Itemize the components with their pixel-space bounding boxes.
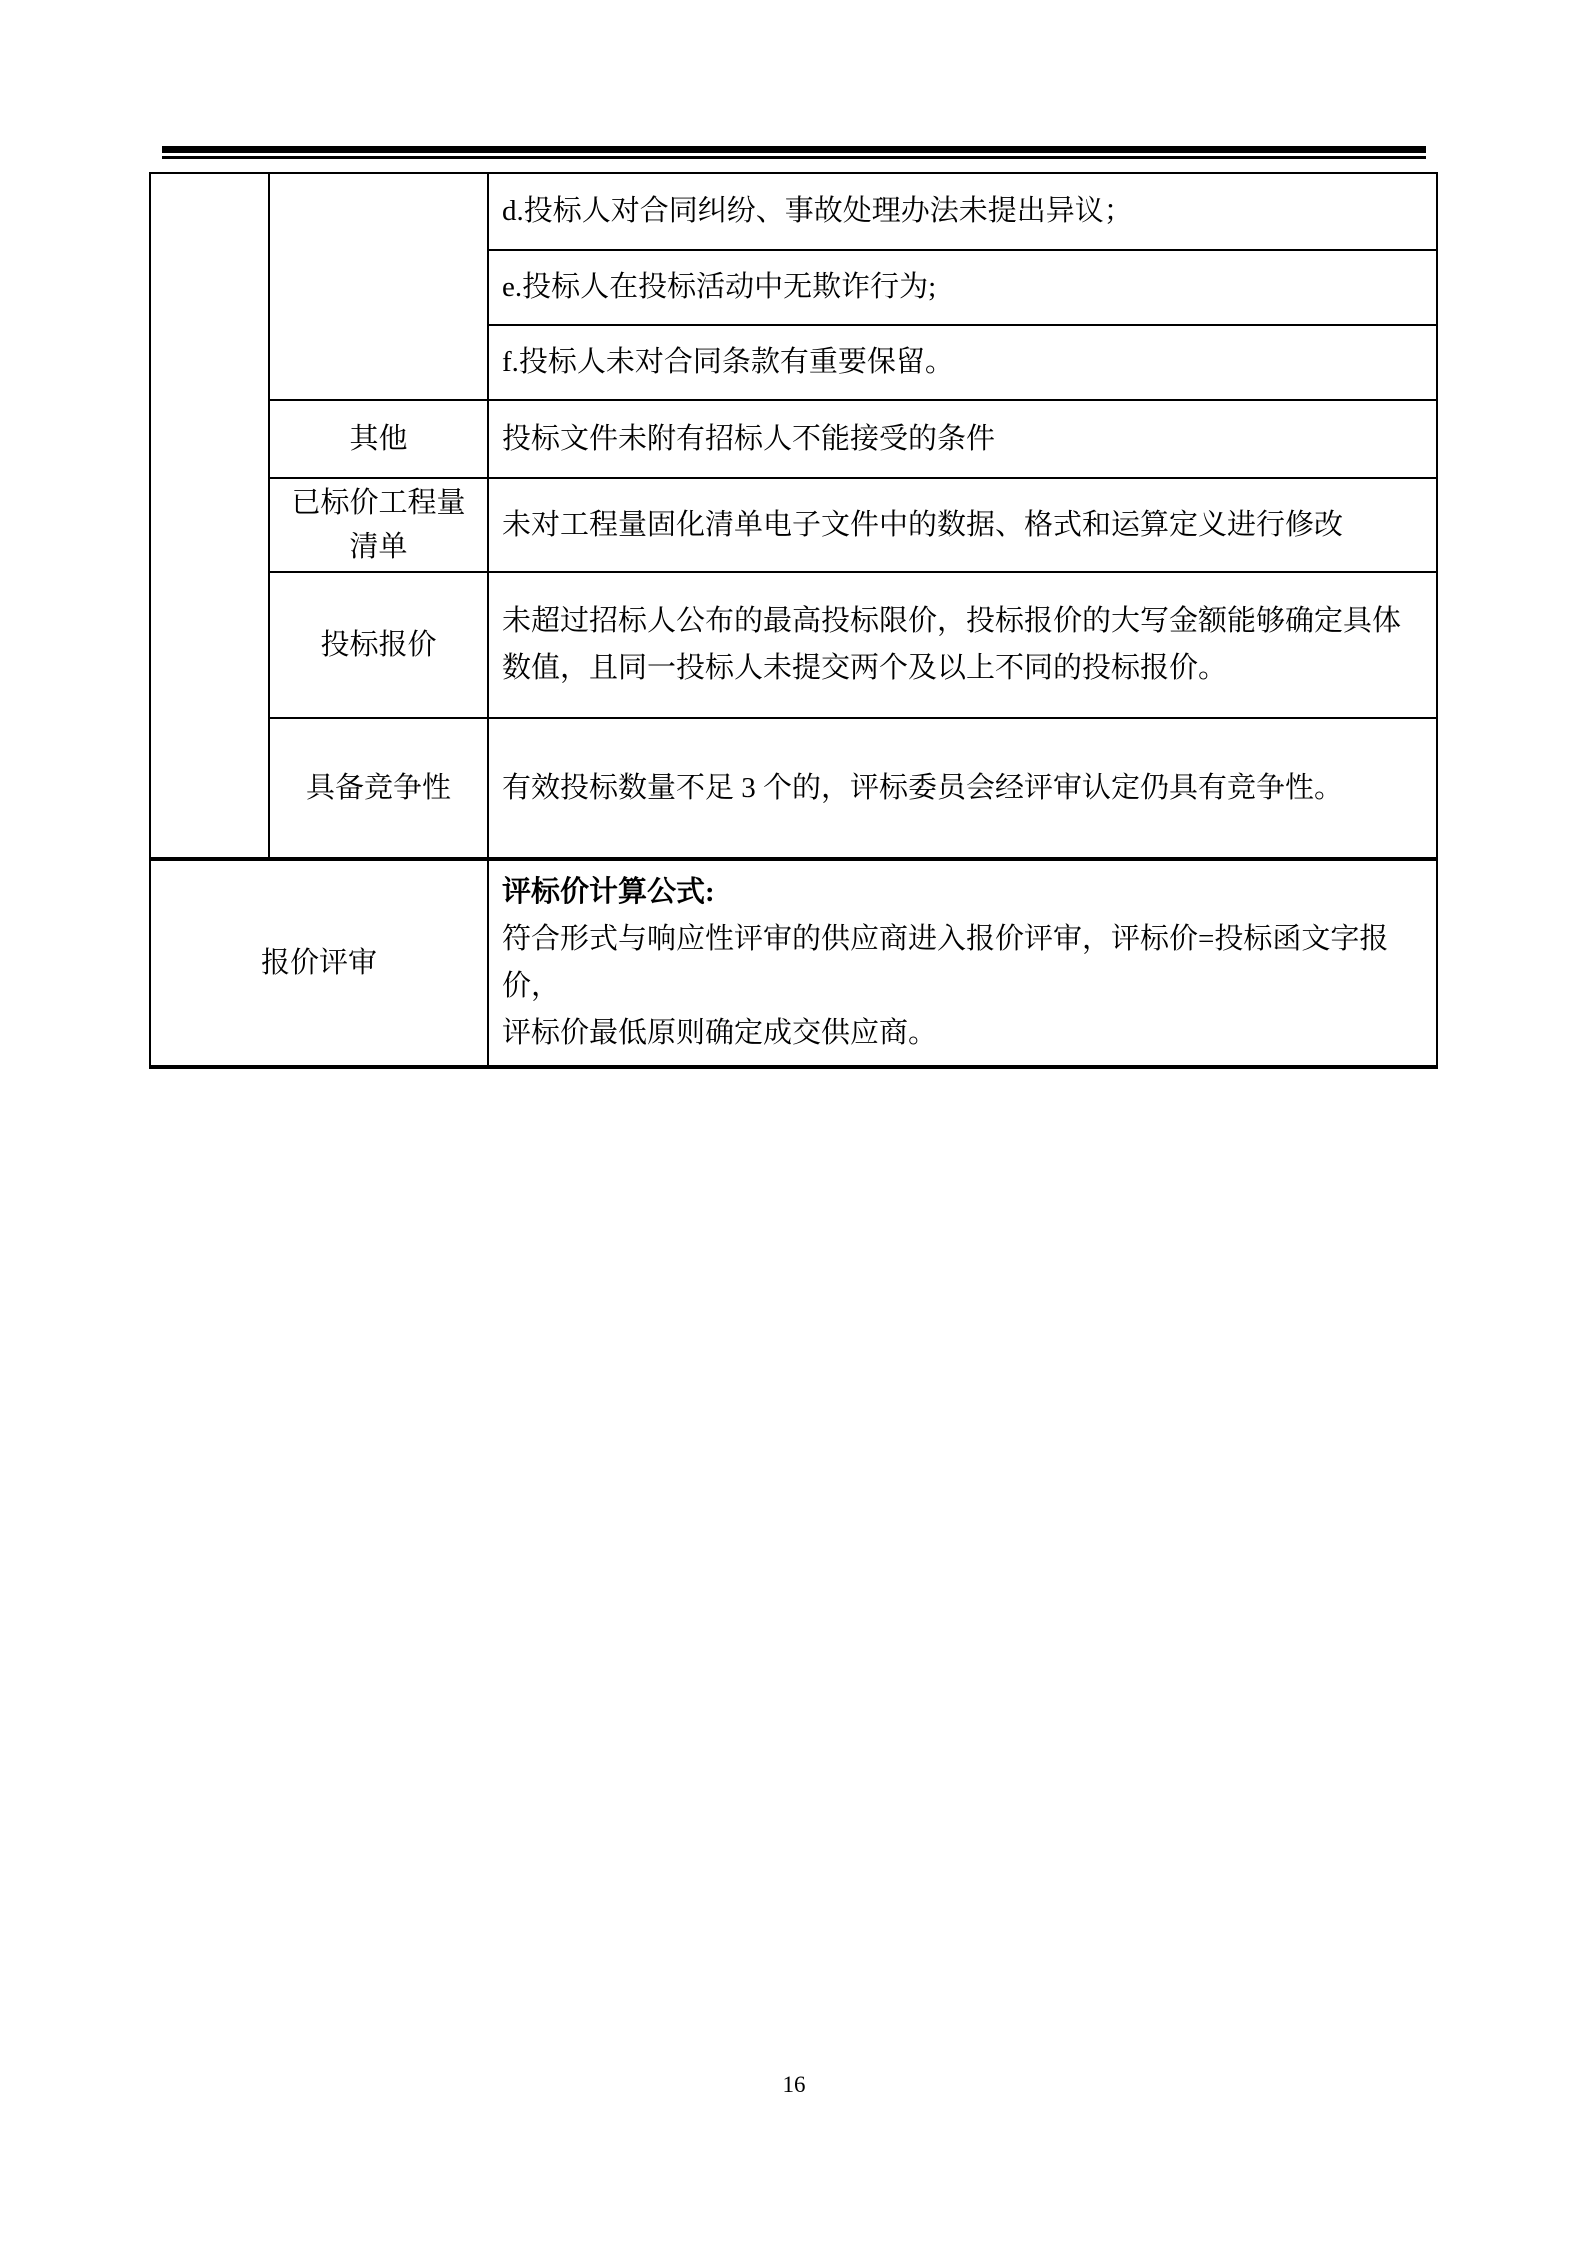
table-row: 具备竞争性 有效投标数量不足 3 个的，评标委员会经评审认定仍具有竞争性。: [150, 718, 1437, 859]
criteria-text: 有效投标数量不足 3 个的，评标委员会经评审认定仍具有竞争性。: [488, 718, 1437, 859]
header-double-line: [162, 146, 1426, 159]
price-review-content-cell: 评标价计算公式: 符合形式与响应性评审的供应商进入报价评审，评标价=投标函文字报…: [488, 859, 1437, 1067]
evaluation-table: d.投标人对合同纠纷、事故处理办法未提出异议； e.投标人在投标活动中无欺诈行为…: [149, 172, 1438, 1069]
criteria-label: 已标价工程量 清单: [269, 478, 488, 572]
criteria-label: 其他: [269, 400, 488, 478]
criteria-text: 未超过招标人公布的最高投标限价，投标报价的大写金额能够确定具体数值，且同一投标人…: [488, 572, 1437, 718]
table-row: d.投标人对合同纠纷、事故处理办法未提出异议；: [150, 173, 1437, 250]
criteria-text: 投标文件未附有招标人不能接受的条件: [488, 400, 1437, 478]
category-cell-empty: [150, 173, 269, 859]
label-cell-empty: [269, 173, 488, 400]
formula-title: 评标价计算公式:: [502, 869, 1420, 916]
table-row: 其他 投标文件未附有招标人不能接受的条件: [150, 400, 1437, 478]
criteria-text: 未对工程量固化清单电子文件中的数据、格式和运算定义进行修改: [488, 478, 1437, 572]
criteria-label: 具备竞争性: [269, 718, 488, 859]
criteria-text: e.投标人在投标活动中无欺诈行为;: [488, 250, 1437, 325]
price-review-label: 报价评审: [150, 859, 488, 1067]
table-row: 投标报价 未超过招标人公布的最高投标限价，投标报价的大写金额能够确定具体数值，且…: [150, 572, 1437, 718]
page-number: 16: [0, 2072, 1588, 2098]
table-row: 已标价工程量 清单 未对工程量固化清单电子文件中的数据、格式和运算定义进行修改: [150, 478, 1437, 572]
formula-body: 符合形式与响应性评审的供应商进入报价评审，评标价=投标函文字报价， 评标价最低原…: [502, 916, 1420, 1057]
document-page: d.投标人对合同纠纷、事故处理办法未提出异议； e.投标人在投标活动中无欺诈行为…: [0, 0, 1588, 2246]
criteria-text: d.投标人对合同纠纷、事故处理办法未提出异议；: [488, 173, 1437, 250]
criteria-text: f.投标人未对合同条款有重要保留。: [488, 325, 1437, 400]
criteria-label: 投标报价: [269, 572, 488, 718]
price-review-row: 报价评审 评标价计算公式: 符合形式与响应性评审的供应商进入报价评审，评标价=投…: [150, 859, 1437, 1067]
